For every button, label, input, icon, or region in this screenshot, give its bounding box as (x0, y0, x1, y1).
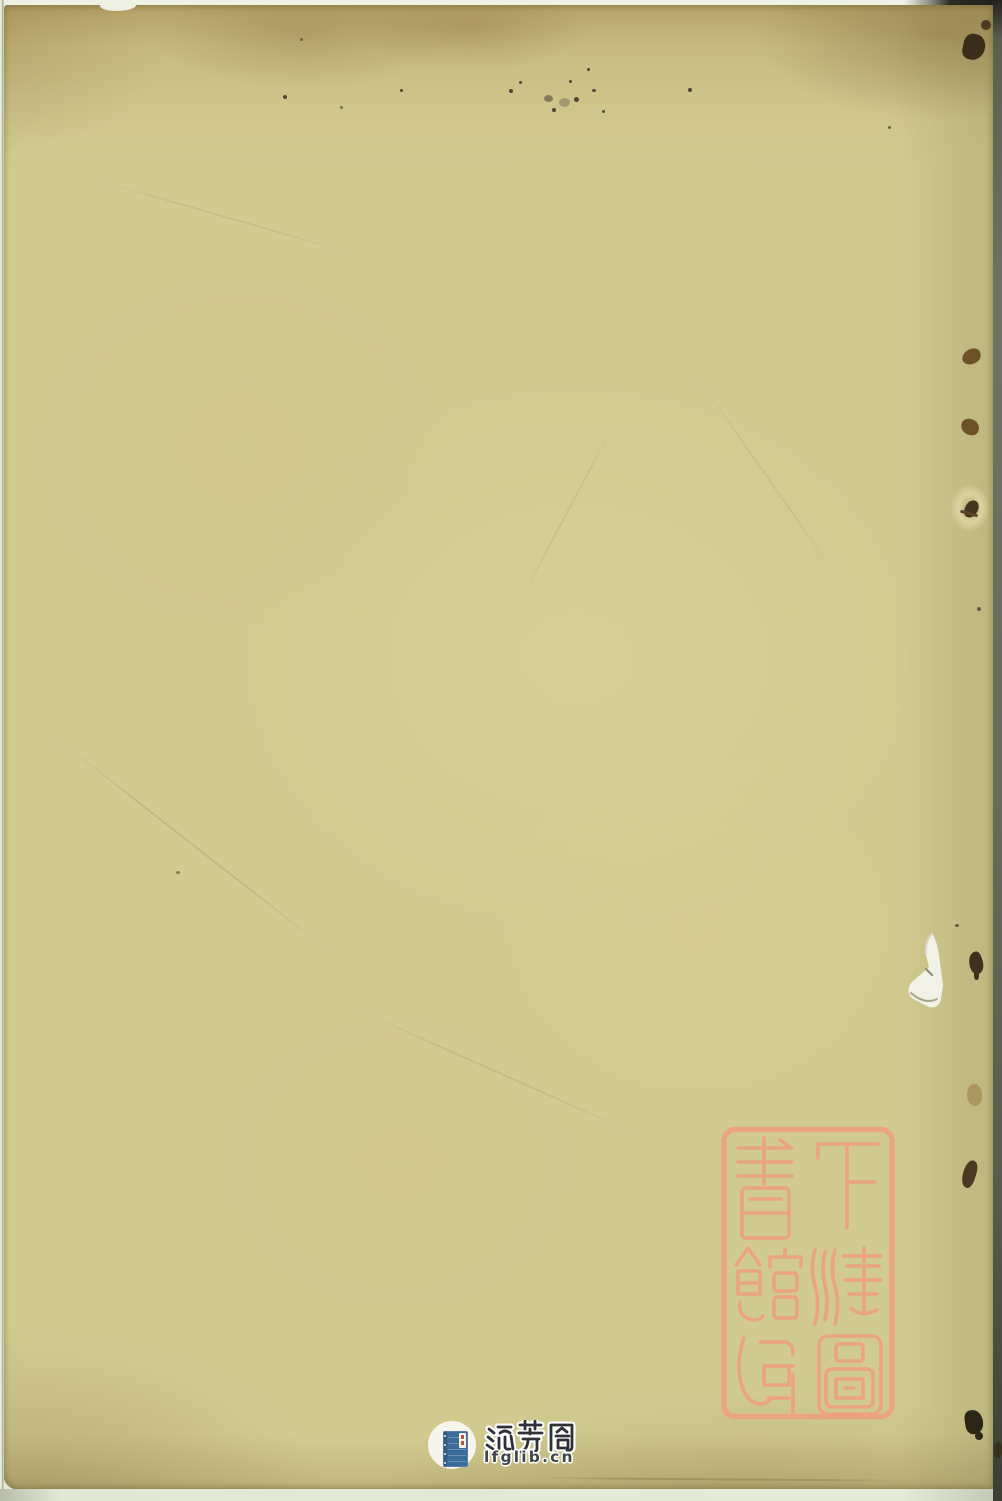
ink-speck (400, 89, 403, 92)
ink-speck (559, 98, 570, 107)
ink-speck (340, 106, 343, 109)
ink-speck (544, 95, 553, 102)
wormhole-mark (981, 20, 991, 30)
ink-speck (300, 38, 303, 41)
seal-char-hai (813, 1248, 882, 1324)
scan-edge-right (993, 0, 1002, 1501)
wormhole-mark (975, 1432, 983, 1440)
ink-speck (592, 89, 596, 92)
seal-char-shang (818, 1144, 878, 1228)
site-url: lfglib.cn (484, 1448, 575, 1466)
scan-edge-top (0, 0, 1002, 5)
seal-char-guan (736, 1248, 801, 1320)
stitched-book-icon (443, 1431, 468, 1467)
wormhole-mark (974, 970, 979, 980)
seal-border (724, 1130, 892, 1417)
book-logo-icon (428, 1421, 476, 1469)
seal-char-tu (819, 1336, 881, 1414)
ink-speck (688, 88, 692, 92)
book-title-label (459, 1433, 466, 1448)
library-seal: 上海圖書館藏 (719, 1124, 897, 1422)
wormhole-mark (994, 1442, 1002, 1458)
ink-speck (602, 110, 605, 113)
ink-speck (574, 97, 579, 102)
ink-speck (283, 95, 287, 99)
site-watermark: 流芳阁 lfglib.cn (424, 1417, 594, 1473)
ink-speck (552, 108, 556, 112)
ink-speck (587, 68, 590, 71)
ink-speck (569, 80, 572, 83)
seal-char-cang (739, 1338, 793, 1412)
ink-speck (955, 924, 959, 927)
ink-speck (888, 126, 891, 129)
ink-speck (977, 607, 981, 611)
wormhole-mark (967, 1084, 982, 1106)
ink-speck (509, 89, 513, 93)
paper-tear (902, 931, 948, 1009)
seal-char-shu (738, 1138, 792, 1238)
ink-speck (176, 871, 180, 874)
scan-edge-bottom (0, 1489, 1002, 1501)
scan-edge-left (0, 0, 4, 1501)
scanner-bed: 上海圖書館藏 流芳阁 (0, 0, 1002, 1501)
ink-speck (519, 81, 522, 84)
